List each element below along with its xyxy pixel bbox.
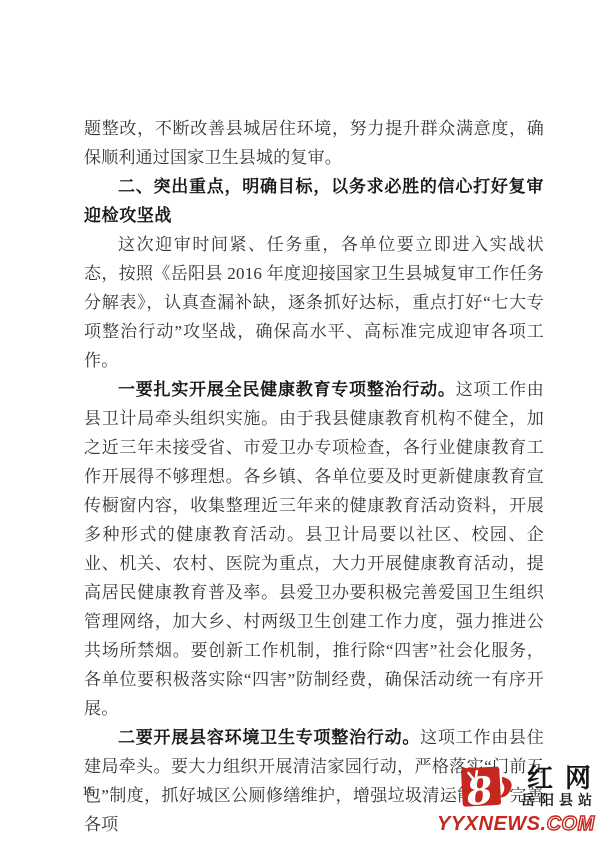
logo-text-column: 红网 岳阳县站 — [521, 762, 593, 810]
rednet-emblem-icon: 8 — [460, 762, 518, 812]
logo-top-row: 8 红网 岳阳县站 — [437, 762, 593, 812]
text-segment: 题整改，不断改善县城居住环境，努力提升群众满意度，确保顺利通过国家卫生县城的复审… — [84, 119, 544, 167]
paragraph: 这次迎审时间紧、任务重，各单位要立即进入实战状态，按照《岳阳县 2016 年度迎… — [84, 230, 544, 375]
page-number: 16 — [82, 783, 95, 799]
document-page: 题整改，不断改善县城居住环境，努力提升群众满意度，确保顺利通过国家卫生县城的复审… — [0, 0, 600, 848]
logo-station-text: 岳阳县站 — [521, 793, 597, 810]
svg-text:8: 8 — [463, 768, 494, 812]
paragraph: 题整改，不断改善县城居住环境，努力提升群众满意度，确保顺利通过国家卫生县城的复审… — [84, 114, 544, 172]
section-heading: 二、突出重点，明确目标，以务求必胜的信心打好复审迎检攻坚战 — [84, 172, 544, 230]
bold-lead-in: 一要扎实开展全民健康教育专项整治行动。 — [118, 380, 456, 399]
site-url-prefix: YYXNEWS. — [437, 813, 547, 835]
text-segment: 这次迎审时间紧、任务重，各单位要立即进入实战状态，按照《岳阳县 2016 年度迎… — [84, 235, 544, 370]
logo-brand-text: 红网 — [527, 765, 600, 793]
document-body: 题整改，不断改善县城居住环境，努力提升群众满意度，确保顺利通过国家卫生县城的复审… — [84, 114, 544, 839]
logo-site-url: YYXNEWS.COM — [437, 813, 593, 836]
paragraph: 一要扎实开展全民健康教育专项整治行动。这项工作由县卫计局牵头组织实施。由于我县健… — [84, 375, 544, 723]
bold-lead-in: 二要开展县容环境卫生专项整治行动。 — [118, 728, 420, 747]
site-url-suffix: COM — [547, 813, 595, 835]
text-segment: 这项工作由县卫计局牵头组织实施。由于我县健康教育机构不健全，加之近三年未接受省、… — [84, 380, 544, 718]
rednet-logo: 8 红网 岳阳县站 YYXNEWS.COM — [437, 762, 593, 836]
bold-lead-in: 二、突出重点，明确目标，以务求必胜的信心打好复审迎检攻坚战 — [84, 177, 544, 225]
